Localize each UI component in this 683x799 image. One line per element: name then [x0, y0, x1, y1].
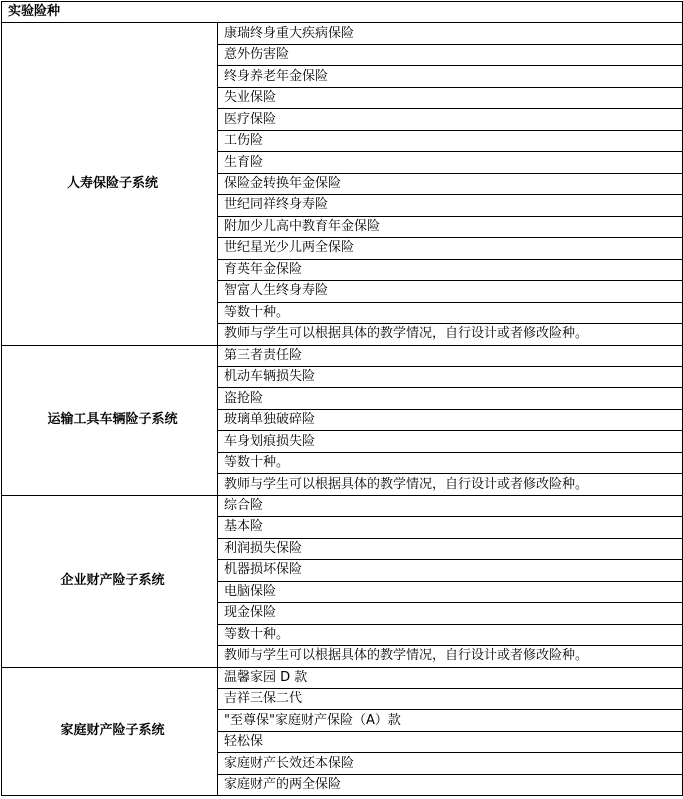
list-item: 家庭财产长效还本保险	[218, 753, 683, 774]
list-item: 机器损坏保险	[218, 560, 683, 581]
section-label-vehicle: 运输工具车辆险子系统	[2, 345, 218, 495]
list-item: 电脑保险	[218, 581, 683, 602]
section-label-life: 人寿保险子系统	[2, 23, 218, 345]
list-item: 世纪同祥终身寿险	[218, 195, 683, 216]
list-item: 家庭财产的两全保险	[218, 774, 683, 795]
list-item: 工伤险	[218, 130, 683, 151]
list-item: 轻松保	[218, 731, 683, 752]
list-item: 等数十种。	[218, 302, 683, 323]
table-row: 家庭财产险子系统 温馨家园 D 款	[2, 667, 683, 688]
list-item: 终身养老年金保险	[218, 66, 683, 87]
list-item: 生育险	[218, 152, 683, 173]
table-row: 运输工具车辆险子系统 第三者责任险	[2, 345, 683, 366]
list-item: 盗抢险	[218, 388, 683, 409]
list-item: 现金保险	[218, 603, 683, 624]
list-item: 吉祥三保二代	[218, 689, 683, 710]
list-item: 机动车辆损失险	[218, 366, 683, 387]
list-item: 教师与学生可以根据具体的教学情况，自行设计或者修改险种。	[218, 324, 683, 345]
list-item: 综合险	[218, 495, 683, 516]
list-item: 世纪星光少儿两全保险	[218, 238, 683, 259]
list-item: 保险金转换年金保险	[218, 173, 683, 194]
list-item: 利润损失保险	[218, 538, 683, 559]
list-item: 失业保险	[218, 87, 683, 108]
list-item: 第三者责任险	[218, 345, 683, 366]
list-item: 基本险	[218, 517, 683, 538]
list-item: "至尊保"家庭财产保险（A）款	[218, 710, 683, 731]
list-item: 车身划痕损失险	[218, 431, 683, 452]
list-item: 玻璃单独破碎险	[218, 409, 683, 430]
list-item: 附加少儿高中教育年金保险	[218, 216, 683, 237]
table-row: 人寿保险子系统 康瑞终身重大疾病保险	[2, 23, 683, 44]
list-item: 智富人生终身寿险	[218, 281, 683, 302]
list-item: 育英年金保险	[218, 259, 683, 280]
section-label-household-property: 家庭财产险子系统	[2, 667, 218, 796]
table-row: 企业财产险子系统 综合险	[2, 495, 683, 516]
insurance-types-table: 实验险种 人寿保险子系统 康瑞终身重大疾病保险 意外伤害险 终身养老年金保险 失…	[1, 1, 683, 796]
list-item: 等数十种。	[218, 624, 683, 645]
list-item: 教师与学生可以根据具体的教学情况，自行设计或者修改险种。	[218, 474, 683, 495]
header-row: 实验险种	[2, 2, 683, 23]
list-item: 康瑞终身重大疾病保险	[218, 23, 683, 44]
section-label-enterprise-property: 企业财产险子系统	[2, 495, 218, 667]
list-item: 教师与学生可以根据具体的教学情况，自行设计或者修改险种。	[218, 646, 683, 667]
list-item: 意外伤害险	[218, 44, 683, 65]
table-title: 实验险种	[2, 2, 683, 23]
list-item: 等数十种。	[218, 452, 683, 473]
list-item: 温馨家园 D 款	[218, 667, 683, 688]
list-item: 医疗保险	[218, 109, 683, 130]
